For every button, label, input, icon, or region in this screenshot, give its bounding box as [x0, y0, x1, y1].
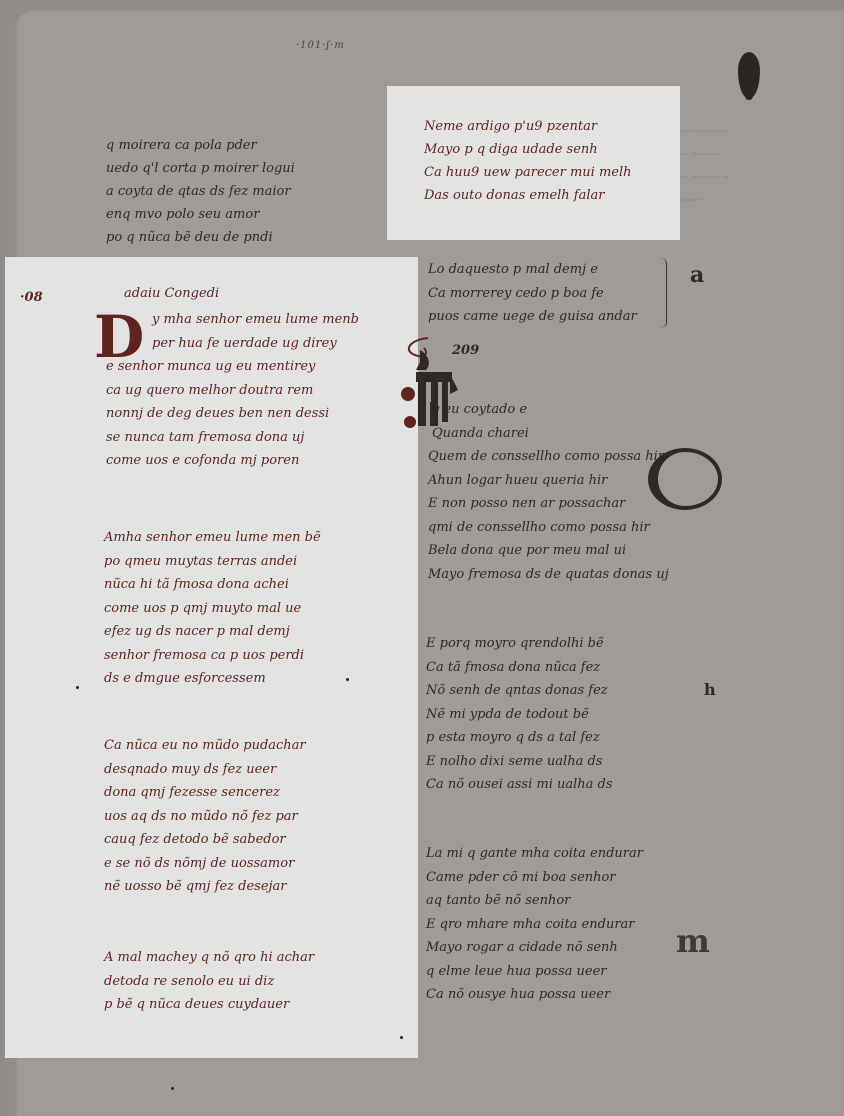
verse-line: Ca huu9 uew parecer mui melh	[424, 161, 632, 184]
verse-line: Ca tã fmosa dona nũca fez	[426, 656, 613, 680]
verse-line: uedo q'l corta p moirer logui	[106, 157, 295, 180]
right-stanza-3: E porq moyro qrendolhi bẽ Ca tã fmosa do…	[426, 632, 613, 797]
top-left-stanza: q moirera ca pola pder uedo q'l corta p …	[106, 134, 295, 249]
verse-line: nũca hi tã fmosa dona achei	[104, 573, 321, 597]
verse-line: E non posso nen ar possachar	[428, 492, 669, 516]
verse-line: detoda re senolo eu ui diz	[104, 970, 314, 994]
verse-line: a coyta de qtas ds fez maior	[106, 180, 295, 203]
verse-line: p esta moyro q ds a tal fez	[426, 726, 613, 750]
verse-line: aq tanto bẽ nõ senhor	[426, 889, 643, 913]
ink-speck	[346, 678, 349, 681]
verse-line: qmi de conssellho como possa hir	[428, 516, 669, 540]
margin-glyph-o	[648, 448, 722, 510]
verse-line: Ca nõ ousei assi mi ualha ds	[426, 773, 613, 797]
right-stanza-2: Quem de conssellho como possa hir Ahun l…	[428, 445, 669, 586]
verse-line: q moirera ca pola pder	[106, 134, 295, 157]
left-stanza-3: Ca nũca eu no mũdo pudachar desqnado muy…	[104, 734, 306, 899]
verse-line: po qmeu muytas terras andei	[104, 550, 321, 574]
margin-glyph-m: m	[676, 922, 706, 960]
verse-line: nonnj de deg deues ben nen dessi	[106, 402, 329, 426]
verse-line: e se nõ ds nõmj de uossamor	[104, 852, 306, 876]
ink-speck	[76, 686, 79, 689]
verse-line: Lo daquesto p mal demj e	[428, 258, 637, 282]
verse-line: Neme ardigo p'u9 pzentar	[424, 115, 632, 138]
verse-line: y eu coytado e	[432, 398, 529, 422]
verse-line: E porq moyro qrendolhi bẽ	[426, 632, 613, 656]
verse-line: Bela dona que por meu mal ui	[428, 539, 669, 563]
ink-speck	[171, 1087, 174, 1090]
verse-line: p bẽ q nũca deues cuydauer	[104, 993, 314, 1017]
margin-glyph-h: h	[704, 680, 716, 699]
verse-line: Mayo fremosa ds de quatas donas uj	[428, 563, 669, 587]
right-stanza-4: La mi q gante mha coita endurar Came pde…	[426, 842, 643, 1007]
left-stanza-1-lines-1-2: y mha senhor emeu lume menb per hua fe u…	[152, 308, 359, 355]
verse-line: uos aq ds no mũdo nõ fez par	[104, 805, 306, 829]
verse-line: Nẽ mi ypda de todout bẽ	[426, 703, 613, 727]
verse-line: Ca nõ ousye hua possa ueer	[426, 983, 643, 1007]
verse-line: puos came uege de guisa andar	[428, 305, 637, 329]
left-stanza-1: e senhor munca ug eu mentirey ca ug quer…	[106, 355, 329, 473]
verse-line: Nõ senh de qntas donas fez	[426, 679, 613, 703]
verse-line: Ca nũca eu no mũdo pudachar	[104, 734, 306, 758]
ink-speck	[400, 1036, 403, 1039]
verse-line: nẽ uosso bẽ qmj fez desejar	[104, 875, 306, 899]
verse-line: Ahun logar hueu queria hir	[428, 469, 669, 493]
left-margin-number: ·08	[20, 290, 43, 305]
verse-line: Mayo p q diga udade senh	[424, 138, 632, 161]
verse-line: come uos e cofonda mj poren	[106, 449, 329, 473]
verse-line: come uos p qmj muyto mal ue	[104, 597, 321, 621]
verse-line: E nolho dixi seme ualha ds	[426, 750, 613, 774]
verse-line: A mal machey q nõ qro hi achar	[104, 946, 314, 970]
verse-line: ca ug quero melhor doutra rem	[106, 379, 329, 403]
verse-line: enq mvo polo seu amor	[106, 203, 295, 226]
verse-line: po q nũca bẽ deu de pndi	[106, 226, 295, 249]
verse-line: ds e dmgue esforcessem	[104, 667, 321, 691]
right-stanza-1: Lo daquesto p mal demj e Ca morrerey ced…	[428, 258, 637, 329]
margin-glyph-a: a	[690, 262, 704, 288]
top-right-stanza: Neme ardigo p'u9 pzentar Mayo p q diga u…	[424, 115, 632, 207]
verse-line: cauq fez detodo bẽ sabedor	[104, 828, 306, 852]
verse-line: Mayo rogar a cidade nõ senh	[426, 936, 643, 960]
verse-line: efez ug ds nacer p mal demj	[104, 620, 321, 644]
margin-bracket	[660, 258, 667, 328]
verse-line: Came pder cõ mi boa senhor	[426, 866, 643, 890]
verse-line: E qro mhare mha coita endurar	[426, 913, 643, 937]
left-stanza-4: A mal machey q nõ qro hi achar detoda re…	[104, 946, 314, 1017]
verse-line: q elme leue hua possa ueer	[426, 960, 643, 984]
verse-line: se nunca tam fremosa dona uj	[106, 426, 329, 450]
verse-line: Ca morrerey cedo p boa fe	[428, 282, 637, 306]
verse-line: desqnado muy ds fez ueer	[104, 758, 306, 782]
verse-line: Das outo donas emelh falar	[424, 184, 632, 207]
verse-line: Amha senhor emeu lume men bẽ	[104, 526, 321, 550]
rubric-heading: adaiu Congedi	[124, 286, 219, 301]
left-stanza-2: Amha senhor emeu lume men bẽ po qmeu muy…	[104, 526, 321, 691]
right-stanza-2-head: y eu coytado e Quanda charei	[432, 398, 529, 445]
verse-line: y mha senhor emeu lume menb	[152, 308, 359, 332]
verse-line: per hua fe uerdade ug direy	[152, 332, 359, 356]
verse-line: Quem de conssellho como possa hir	[428, 445, 669, 469]
verse-line: e senhor munca ug eu mentirey	[106, 355, 329, 379]
folio-mark-top: ·101·ʃ·m	[296, 40, 345, 51]
verse-line: Quanda charei	[432, 422, 529, 446]
verse-line: senhor fremosa ca p uos perdi	[104, 644, 321, 668]
verse-line: dona qmj fezesse sencerez	[104, 781, 306, 805]
verse-line: La mi q gante mha coita endurar	[426, 842, 643, 866]
